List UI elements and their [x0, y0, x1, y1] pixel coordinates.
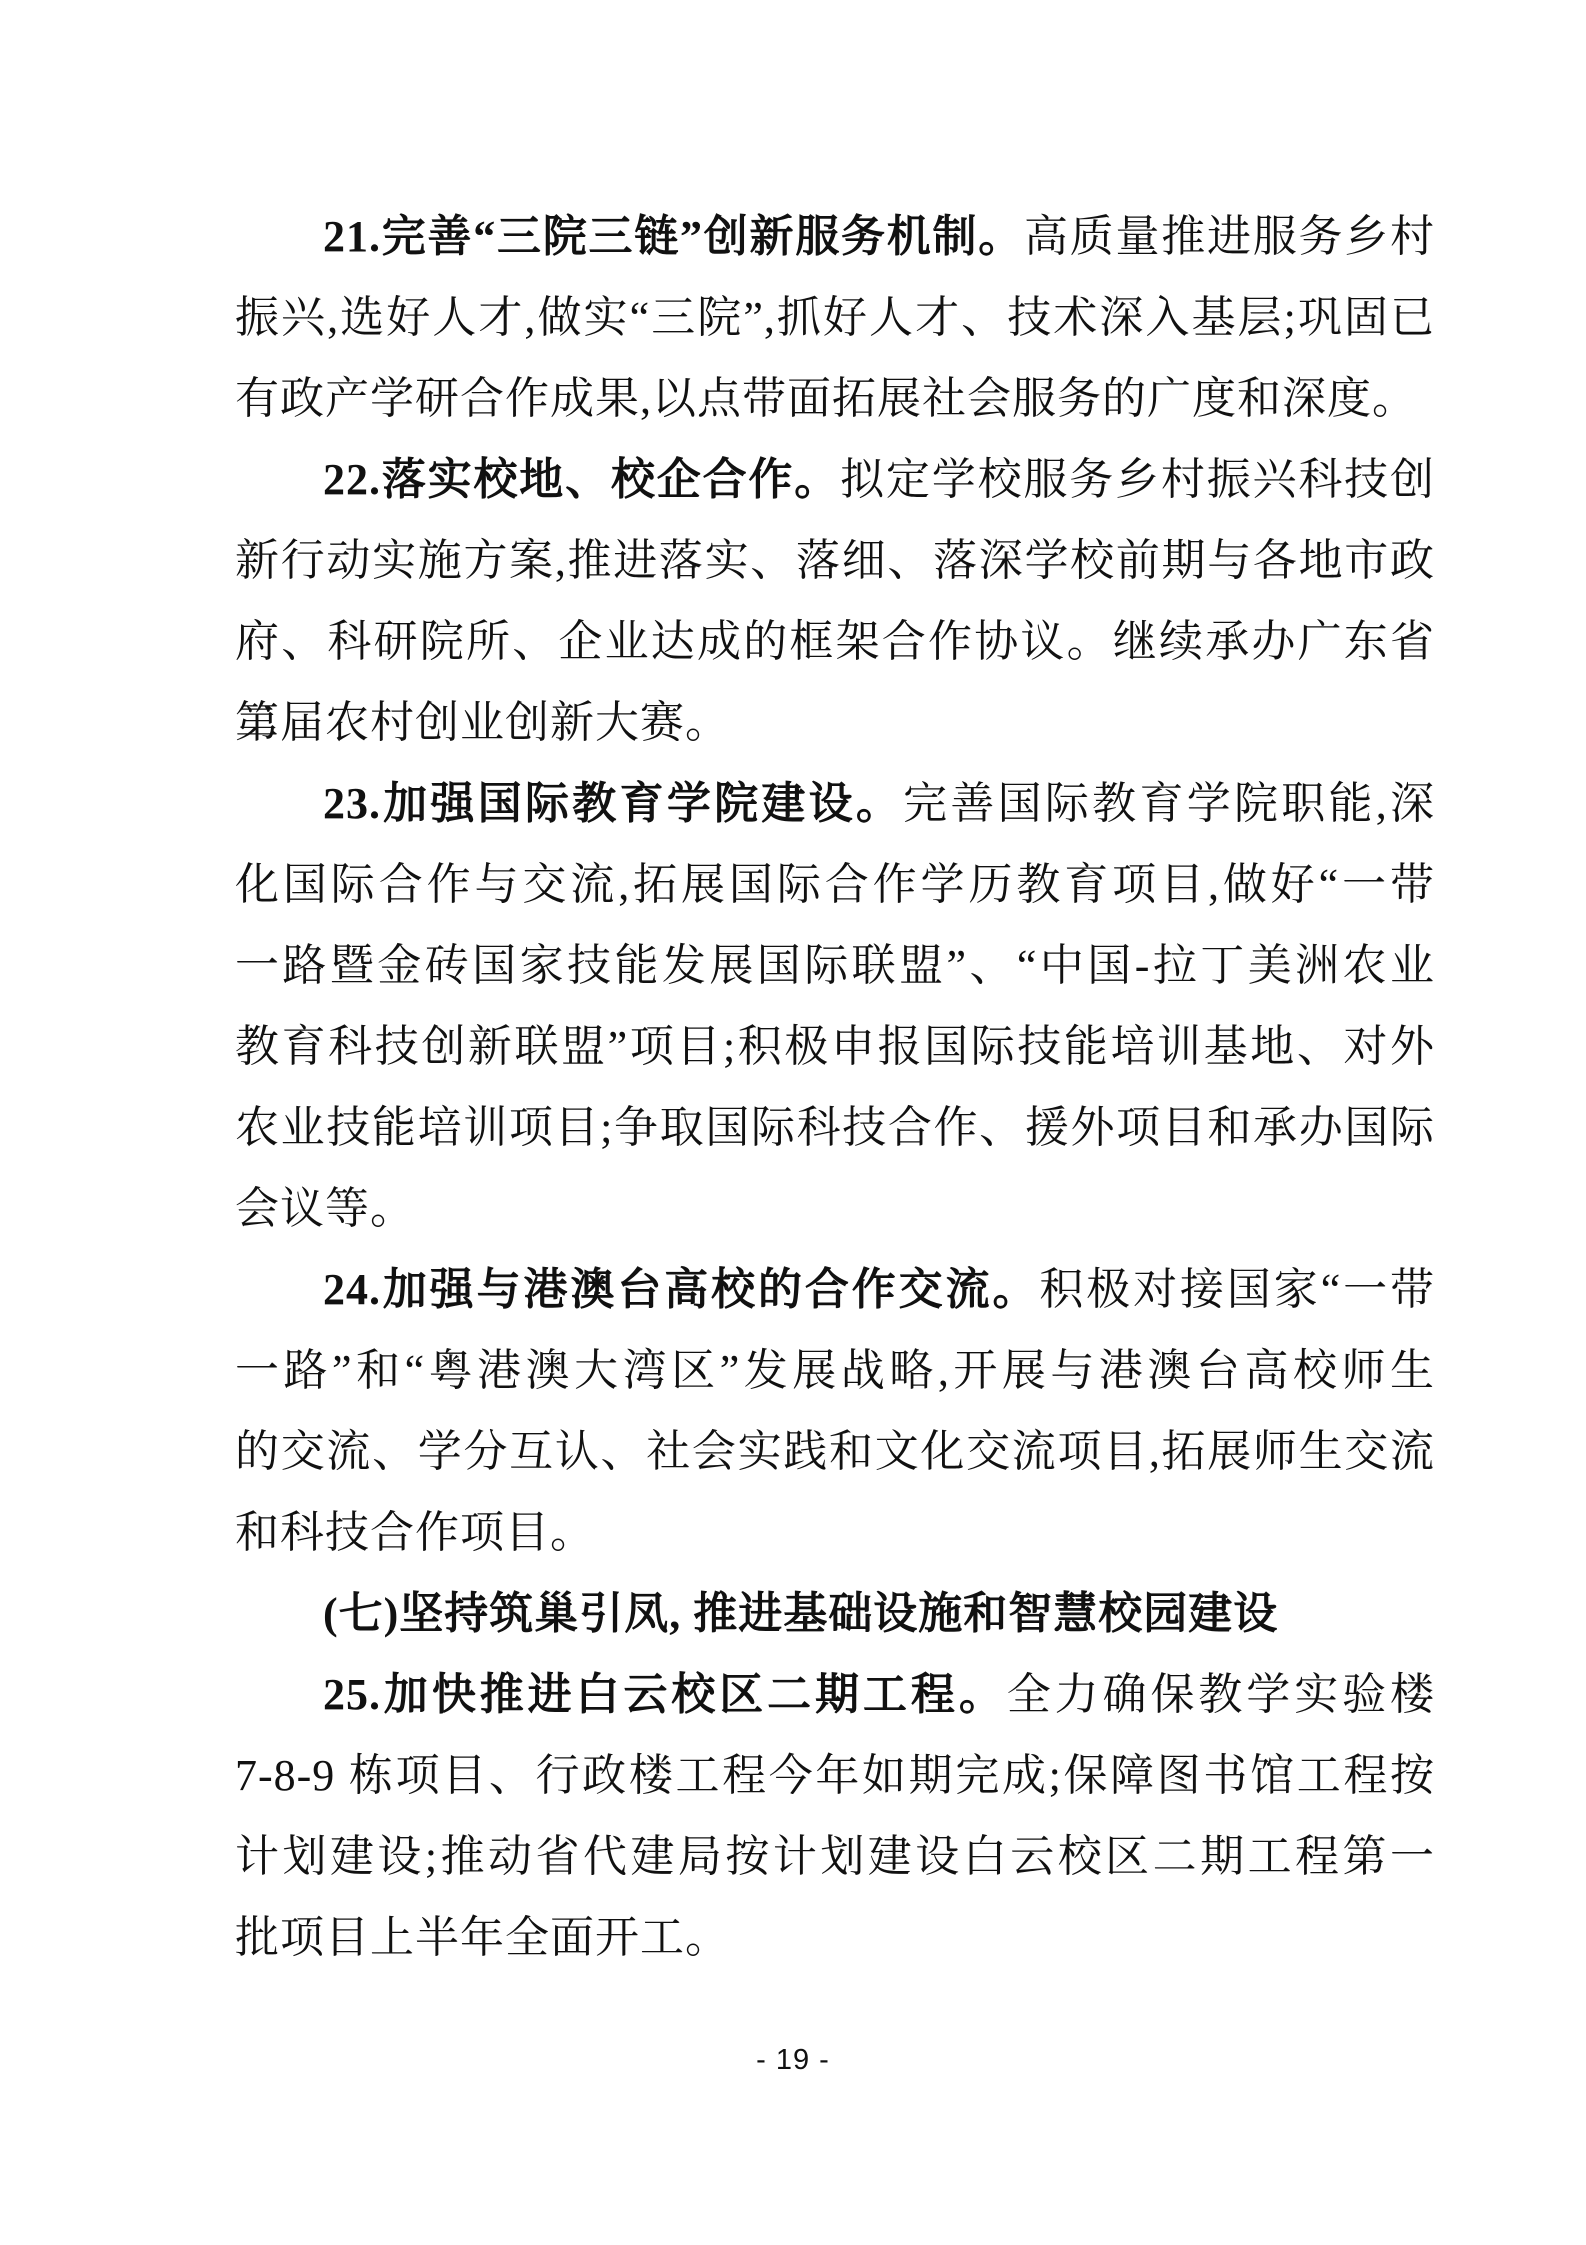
para-22-line-1-text: 拟定学校服务乡村振兴科技创: [840, 455, 1435, 504]
para-25-line-1: 25.加快推进白云校区二期工程。全力确保教学实验楼: [235, 1654, 1435, 1735]
para-25-line-4-text: 批项目上半年全面开工。: [235, 1913, 730, 1962]
para-25-line-2-text: 7-8-9 栋项目、行政楼工程今年如期完成;保障图书馆工程按: [235, 1751, 1435, 1800]
para-21-lead: 21.完善“三院三链”创新服务机制。: [323, 212, 1024, 261]
para-25-line-3-text: 计划建设;推动省代建局按计划建设白云校区二期工程第一: [235, 1832, 1435, 1881]
para-24-line-4: 和科技合作项目。: [235, 1492, 1435, 1573]
para-23-line-1: 23.加强国际教育学院建设。完善国际教育学院职能,深: [235, 763, 1435, 844]
para-23-line-3-text: 一路暨金砖国家技能发展国际联盟”、“中国-拉丁美洲农业: [235, 941, 1435, 990]
para-22-line-2: 新行动实施方案,推进落实、落细、落深学校前期与各地市政: [235, 520, 1435, 601]
para-23-line-4: 教育科技创新联盟”项目;积极申报国际技能培训基地、对外: [235, 1006, 1435, 1087]
document-body: 21.完善“三院三链”创新服务机制。高质量推进服务乡村 振兴,选好人才,做实“三…: [235, 196, 1435, 1978]
para-22-lead: 22.落实校地、校企合作。: [323, 455, 840, 504]
para-23-lead: 23.加强国际教育学院建设。: [323, 779, 903, 828]
para-24-line-1-text: 积极对接国家“一带: [1039, 1265, 1435, 1314]
para-25-lead: 25.加快推进白云校区二期工程。: [323, 1670, 1007, 1719]
para-25-line-1-text: 全力确保教学实验楼: [1007, 1670, 1435, 1719]
para-23-line-5-text: 农业技能培训项目;争取国际科技合作、援外项目和承办国际: [235, 1103, 1435, 1152]
para-23-line-3: 一路暨金砖国家技能发展国际联盟”、“中国-拉丁美洲农业: [235, 925, 1435, 1006]
document-page: 21.完善“三院三链”创新服务机制。高质量推进服务乡村 振兴,选好人才,做实“三…: [0, 0, 1586, 2245]
para-22-line-2-text: 新行动实施方案,推进落实、落细、落深学校前期与各地市政: [235, 536, 1435, 585]
para-21-line-2-text: 振兴,选好人才,做实“三院”,抓好人才、技术深入基层;巩固已: [235, 293, 1435, 342]
para-24-line-3: 的交流、学分互认、社会实践和文化交流项目,拓展师生交流: [235, 1411, 1435, 1492]
para-21-line-3-text: 有政产学研合作成果,以点带面拓展社会服务的广度和深度。: [235, 374, 1417, 423]
para-23-line-5: 农业技能培训项目;争取国际科技合作、援外项目和承办国际: [235, 1087, 1435, 1168]
para-22-line-1: 22.落实校地、校企合作。拟定学校服务乡村振兴科技创: [235, 439, 1435, 520]
para-21-line-2: 振兴,选好人才,做实“三院”,抓好人才、技术深入基层;巩固已: [235, 277, 1435, 358]
para-23-line-1-text: 完善国际教育学院职能,深: [903, 779, 1435, 828]
para-25-line-3: 计划建设;推动省代建局按计划建设白云校区二期工程第一: [235, 1816, 1435, 1897]
para-21-line-1: 21.完善“三院三链”创新服务机制。高质量推进服务乡村: [235, 196, 1435, 277]
para-24-line-2-text: 一路”和“粤港澳大湾区”发展战略,开展与港澳台高校师生: [235, 1346, 1435, 1395]
para-21-line-3: 有政产学研合作成果,以点带面拓展社会服务的广度和深度。: [235, 358, 1435, 439]
para-25-line-4: 批项目上半年全面开工。: [235, 1897, 1435, 1978]
para-22-line-4: 二届农村创业创新大赛。: [235, 682, 1435, 763]
para-24-line-4-text: 和科技合作项目。: [235, 1508, 595, 1557]
para-21-line-1-text: 高质量推进服务乡村: [1024, 212, 1435, 261]
para-24-lead: 24.加强与港澳台高校的合作交流。: [323, 1265, 1039, 1314]
para-25-line-2: 7-8-9 栋项目、行政楼工程今年如期完成;保障图书馆工程按: [235, 1735, 1435, 1816]
para-22-line-3: 府、科研院所、企业达成的框架合作协议。继续承办广东省第: [235, 601, 1435, 682]
para-23-line-6-text: 会议等。: [235, 1184, 415, 1233]
section-heading-7: (七)坚持筑巢引凤, 推进基础设施和智慧校园建设: [235, 1573, 1435, 1654]
para-23-line-4-text: 教育科技创新联盟”项目;积极申报国际技能培训基地、对外: [235, 1022, 1435, 1071]
para-22-line-4-text: 二届农村创业创新大赛。: [235, 698, 730, 747]
para-24-line-2: 一路”和“粤港澳大湾区”发展战略,开展与港澳台高校师生: [235, 1330, 1435, 1411]
para-23-line-2: 化国际合作与交流,拓展国际合作学历教育项目,做好“一带: [235, 844, 1435, 925]
section-heading-7-text: (七)坚持筑巢引凤, 推进基础设施和智慧校园建设: [323, 1589, 1278, 1638]
para-24-line-1: 24.加强与港澳台高校的合作交流。积极对接国家“一带: [235, 1249, 1435, 1330]
page-number: - 19 -: [0, 2044, 1586, 2077]
para-23-line-2-text: 化国际合作与交流,拓展国际合作学历教育项目,做好“一带: [235, 860, 1435, 909]
para-24-line-3-text: 的交流、学分互认、社会实践和文化交流项目,拓展师生交流: [235, 1427, 1435, 1476]
para-23-line-6: 会议等。: [235, 1168, 1435, 1249]
